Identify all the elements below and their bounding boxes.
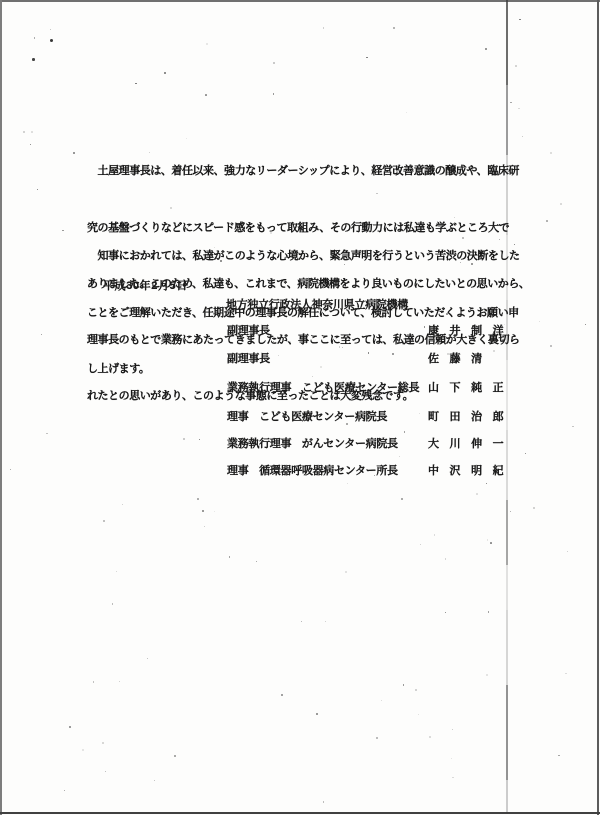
scan-edge-bottom xyxy=(0,812,600,814)
signatory-title: 副理事長 xyxy=(227,322,270,338)
signatory-title: 理事 こども医療センター病院長 xyxy=(227,408,387,424)
organization-name: 地方独立行政法人神奈川県立病院機構 xyxy=(226,296,408,312)
signatory-name: 大 川 伸 一 xyxy=(428,435,506,451)
signatory-title: 業務執行理事 こども医療センター総長 xyxy=(227,379,419,395)
paragraph-line: 土屋理事長は、着任以来、強力なリーダーシップにより、経営改善意識の醸成や、臨床研 xyxy=(87,162,529,181)
scan-edge-top xyxy=(0,0,600,2)
signatory-title: 業務執行理事 がんセンター病院長 xyxy=(227,435,398,451)
paragraph-line: 知事におかれては、私達がこのような心境から、緊急声明を行うという苦渋の決断をした xyxy=(87,247,520,266)
signatory-row: 副理事長 佐 藤 清 xyxy=(0,350,600,366)
signatory-name: 康 井 制 洋 xyxy=(428,322,506,338)
signatory-title: 副理事長 xyxy=(227,350,270,366)
signatory-name: 山 下 純 正 xyxy=(428,379,506,395)
signatory-row: 理事 循環器呼吸器病センター所長 中 沢 明 紀 xyxy=(0,462,600,478)
signatory-name: 町 田 治 郎 xyxy=(428,408,506,424)
signatory-row: 業務執行理事 こども医療センター総長 山 下 純 正 xyxy=(0,379,600,395)
signatory-title: 理事 循環器呼吸器病センター所長 xyxy=(227,462,398,478)
signatory-row: 理事 こども医療センター病院長 町 田 治 郎 xyxy=(0,408,600,424)
signatory-name: 佐 藤 清 xyxy=(428,350,485,366)
signatory-row: 副理事長 康 井 制 洋 xyxy=(0,322,600,338)
signatory-name: 中 沢 明 紀 xyxy=(428,462,506,478)
scanned-letter-page: 土屋理事長は、着任以来、強力なリーダーシップにより、経営改善意識の醸成や、臨床研… xyxy=(0,0,600,815)
letter-date: 平成30年2月5日 xyxy=(103,277,188,293)
signatory-row: 業務執行理事 がんセンター病院長 大 川 伸 一 xyxy=(0,435,600,451)
